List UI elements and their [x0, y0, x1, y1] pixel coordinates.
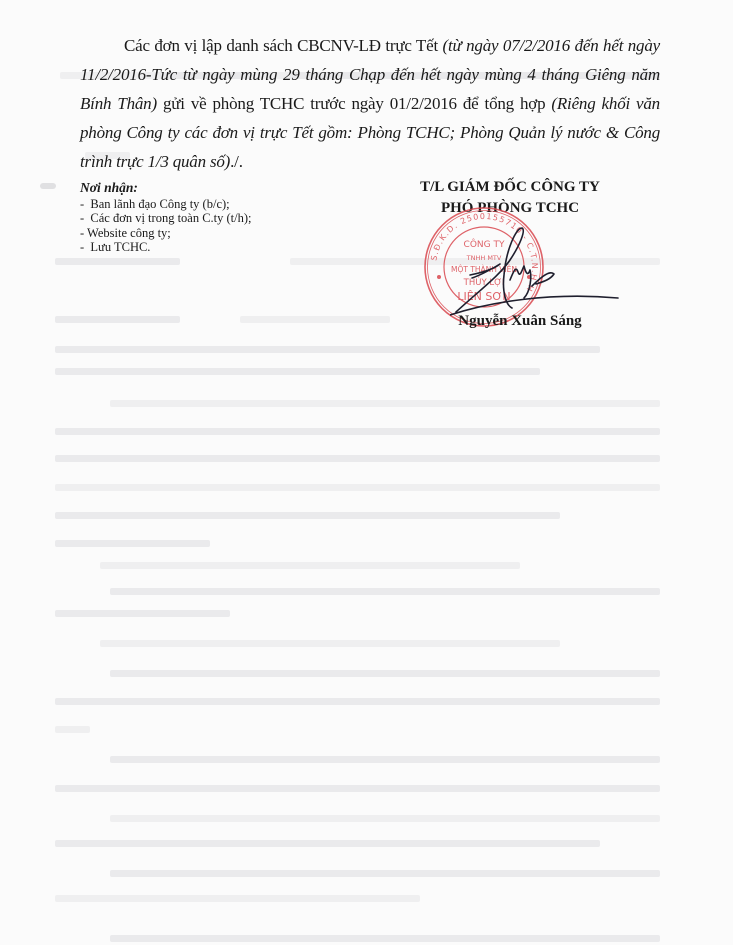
bleed-line	[110, 588, 660, 595]
scan-speck	[40, 183, 56, 189]
bleed-line	[55, 316, 180, 323]
body-paragraph: Các đơn vị lập danh sách CBCNV-LĐ trực T…	[80, 31, 660, 176]
bleed-line	[110, 670, 660, 677]
bleed-line	[100, 562, 520, 569]
bleed-line	[55, 698, 660, 705]
bleed-line	[55, 610, 230, 617]
recipient-item: - Các đơn vị trong toàn C.ty (t/h);	[80, 211, 252, 226]
bleed-line	[110, 400, 660, 407]
bleed-line	[55, 726, 90, 733]
handwritten-signature-icon	[450, 220, 620, 320]
bleed-line	[110, 870, 660, 877]
bleed-line	[110, 756, 660, 763]
bleed-line	[55, 428, 660, 435]
recipient-item: - Lưu TCHC.	[80, 240, 252, 255]
bleed-line	[55, 368, 540, 375]
recipients-block: Nơi nhận: - Ban lãnh đạo Công ty (b/c); …	[80, 181, 252, 255]
bleed-line	[55, 258, 180, 265]
bleed-line	[55, 785, 660, 792]
bleed-line	[55, 455, 660, 462]
bleed-line	[55, 540, 210, 547]
recipient-item: - Ban lãnh đạo Công ty (b/c);	[80, 197, 252, 212]
document-page: Các đơn vị lập danh sách CBCNV-LĐ trực T…	[0, 0, 733, 945]
body-text-segment: Các đơn vị lập danh sách CBCNV-LĐ trực T…	[124, 36, 443, 55]
signature-title-line1: T/L GIÁM ĐỐC CÔNG TY	[420, 177, 600, 198]
body-text-segment: gửi về phòng TCHC trước ngày 01/2/2016 đ…	[157, 94, 551, 113]
bleed-line	[55, 346, 600, 353]
recipients-title: Nơi nhận:	[80, 181, 252, 196]
bleed-line	[110, 935, 660, 942]
bleed-line	[55, 512, 560, 519]
bleed-line	[110, 815, 660, 822]
bleed-line	[100, 640, 560, 647]
signer-name: Nguyễn Xuân Sáng	[440, 313, 600, 330]
bleed-line	[55, 895, 420, 902]
bleed-line	[55, 484, 660, 491]
bleed-line	[240, 316, 390, 323]
body-text-segment: ./.	[230, 152, 243, 171]
bleed-line	[55, 840, 600, 847]
recipient-item: - Website công ty;	[80, 226, 252, 241]
